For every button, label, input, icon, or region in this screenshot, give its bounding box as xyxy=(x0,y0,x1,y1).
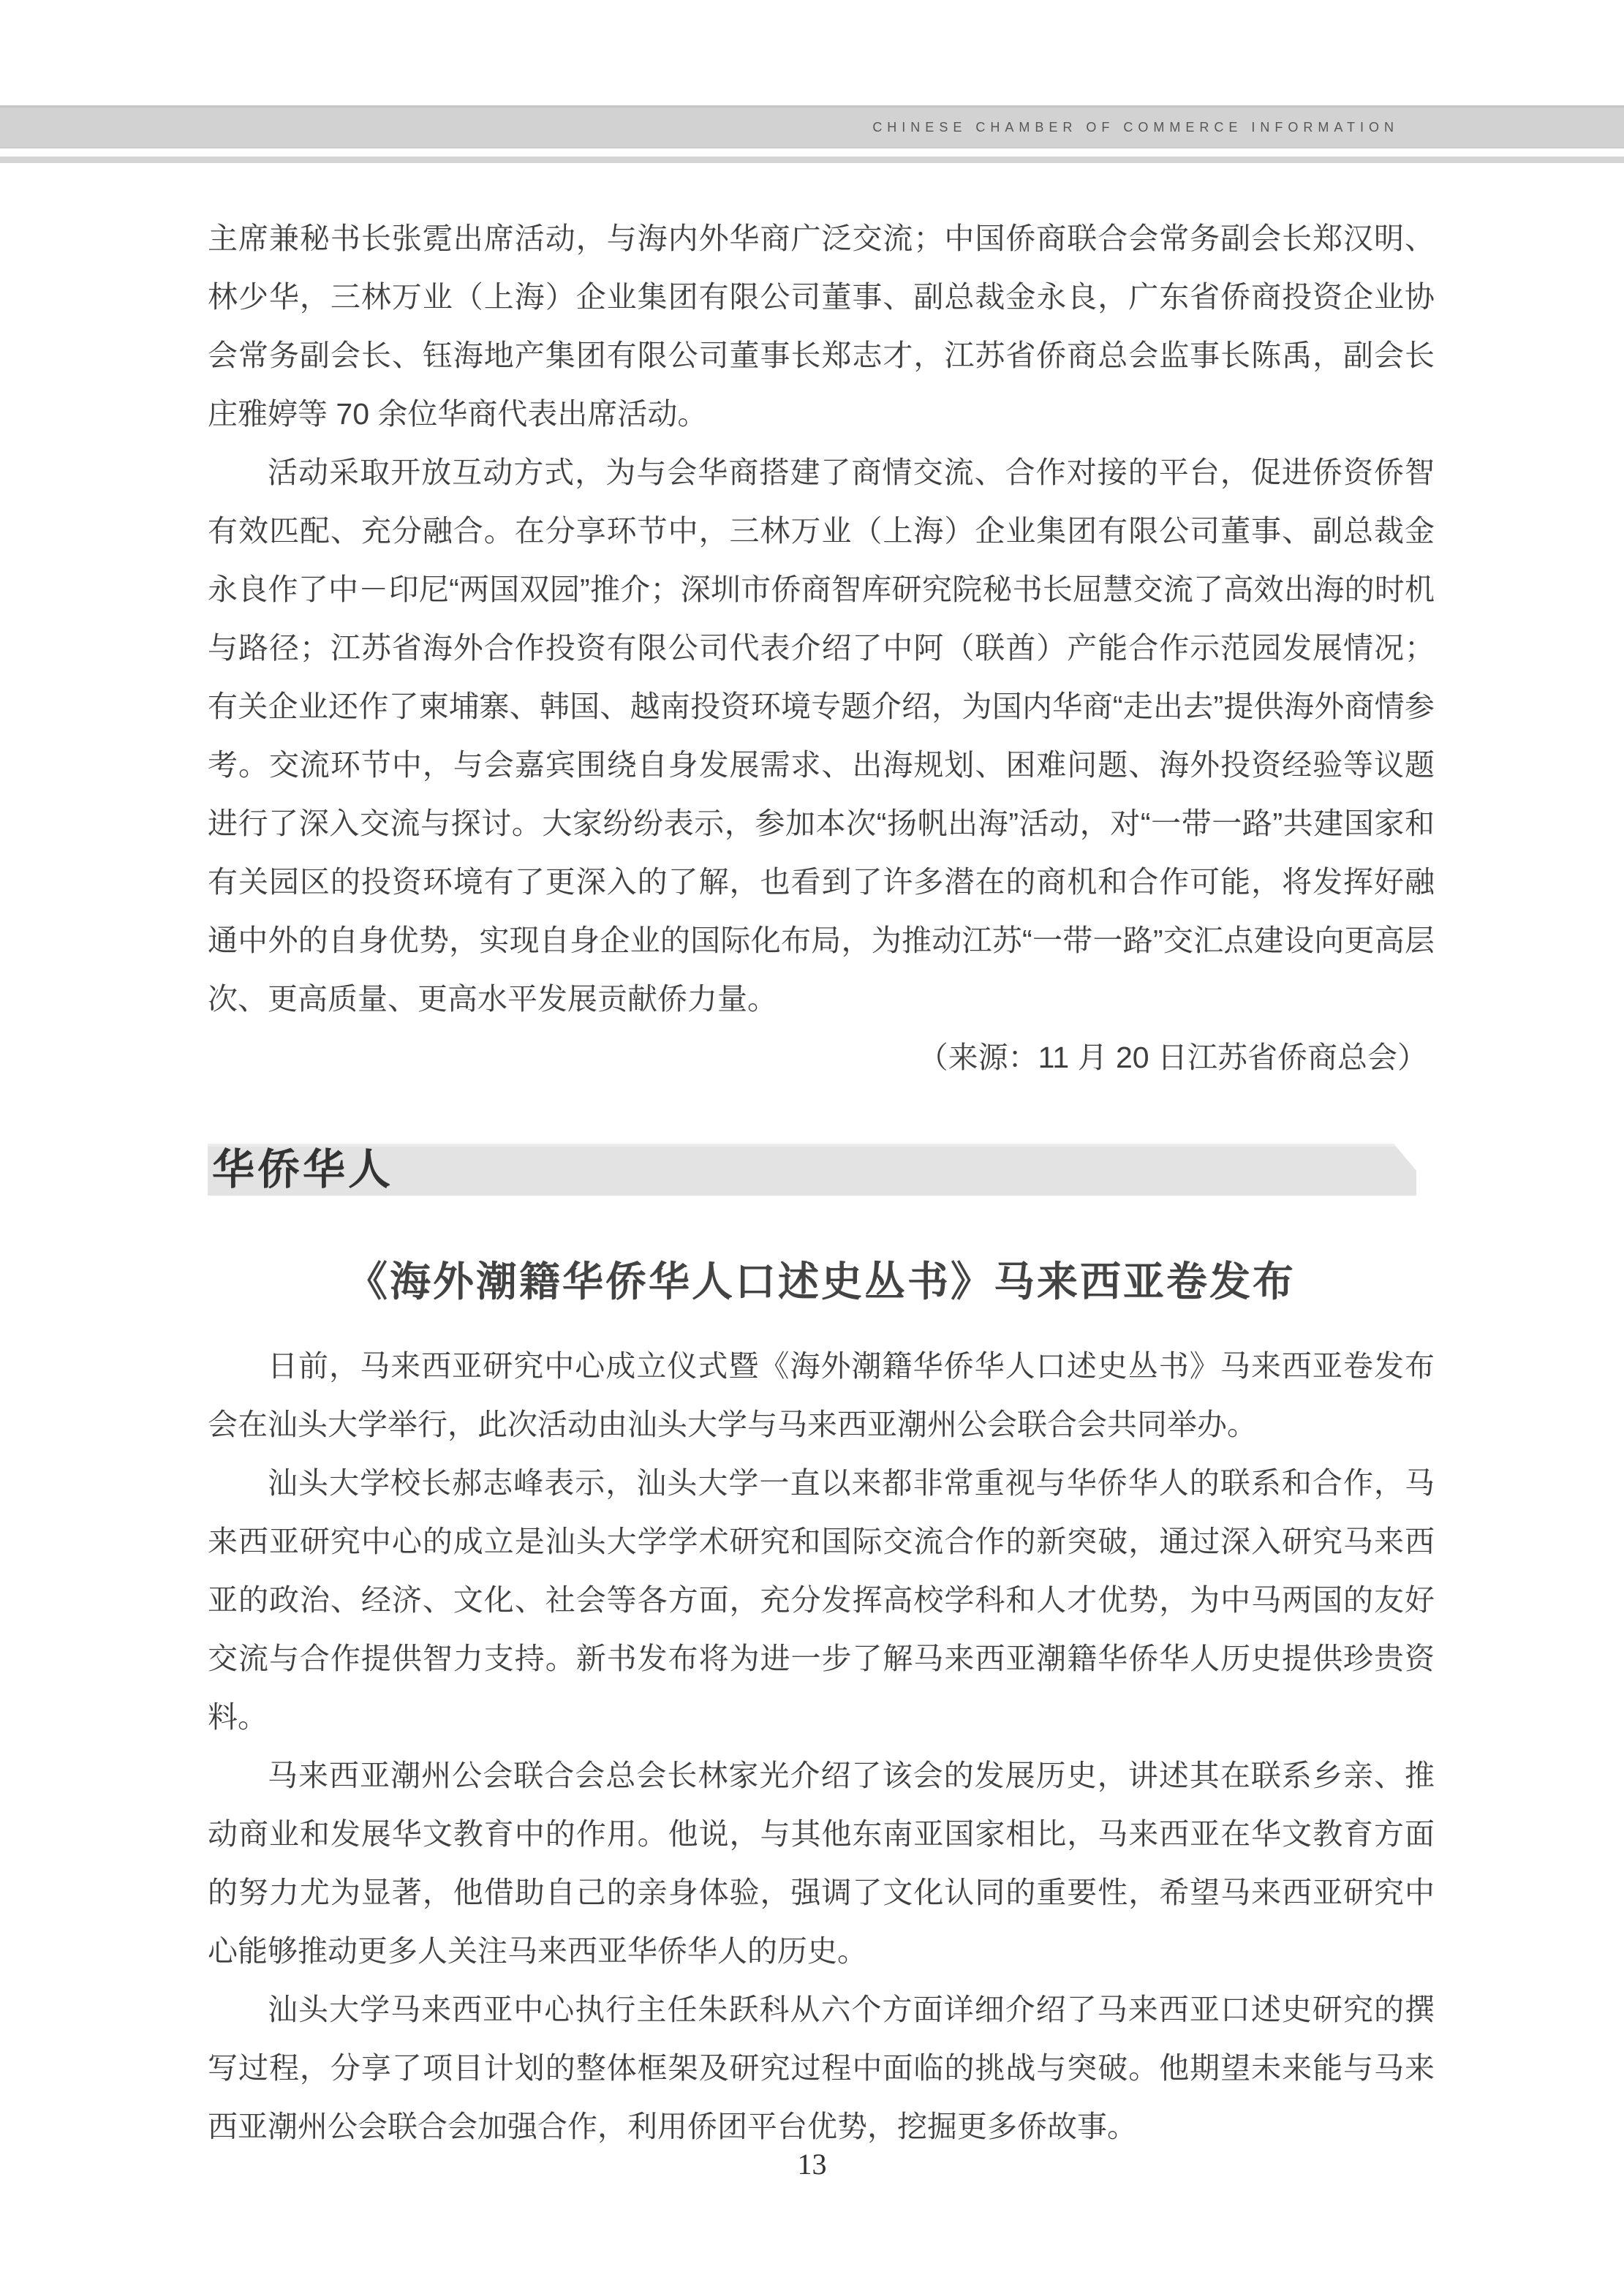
section-banner: 华侨华人 xyxy=(208,1144,1416,1196)
header-banner-text: CHINESE CHAMBER OF COMMERCE INFORMATION xyxy=(872,107,1399,147)
content-column: 主席兼秘书长张霓出席活动，与海内外华商广泛交流；中国侨商联合会常务副会长郑汉明、… xyxy=(208,209,1435,2156)
header-band: CHINESE CHAMBER OF COMMERCE INFORMATION xyxy=(0,105,1624,148)
document-page: CHINESE CHAMBER OF COMMERCE INFORMATION … xyxy=(0,0,1624,2272)
article2-paragraph: 日前，马来西亚研究中心成立仪式暨《海外潮籍华侨华人口述史丛书》马来西亚卷发布会在… xyxy=(208,1337,1435,1454)
article1-paragraph: 活动采取开放互动方式，为与会华商搭建了商情交流、合作对接的平台，促进侨资侨智有效… xyxy=(208,443,1435,1028)
article2-paragraph: 马来西亚潮州公会联合会总会长林家光介绍了该会的发展历史，讲述其在联系乡亲、推动商… xyxy=(208,1746,1435,1980)
article2-paragraph: 汕头大学校长郝志峰表示，汕头大学一直以来都非常重视与华侨华人的联系和合作，马来西… xyxy=(208,1454,1435,1746)
section-title: 华侨华人 xyxy=(208,1147,1416,1193)
article1-paragraph-continuation: 主席兼秘书长张霓出席活动，与海内外华商广泛交流；中国侨商联合会常务副会长郑汉明、… xyxy=(208,209,1435,443)
article-title: 《海外潮籍华侨华人口述史丛书》马来西亚卷发布 xyxy=(208,1256,1435,1307)
page-number: 13 xyxy=(0,2147,1624,2182)
source-attribution: （来源：11 月 20 日江苏省侨商总会） xyxy=(208,1028,1435,1087)
article2-paragraph: 汕头大学马来西亚中心执行主任朱跃科从六个方面详细介绍了马来西亚口述史研究的撰写过… xyxy=(208,1980,1435,2156)
header-thin-bar xyxy=(0,156,1624,163)
